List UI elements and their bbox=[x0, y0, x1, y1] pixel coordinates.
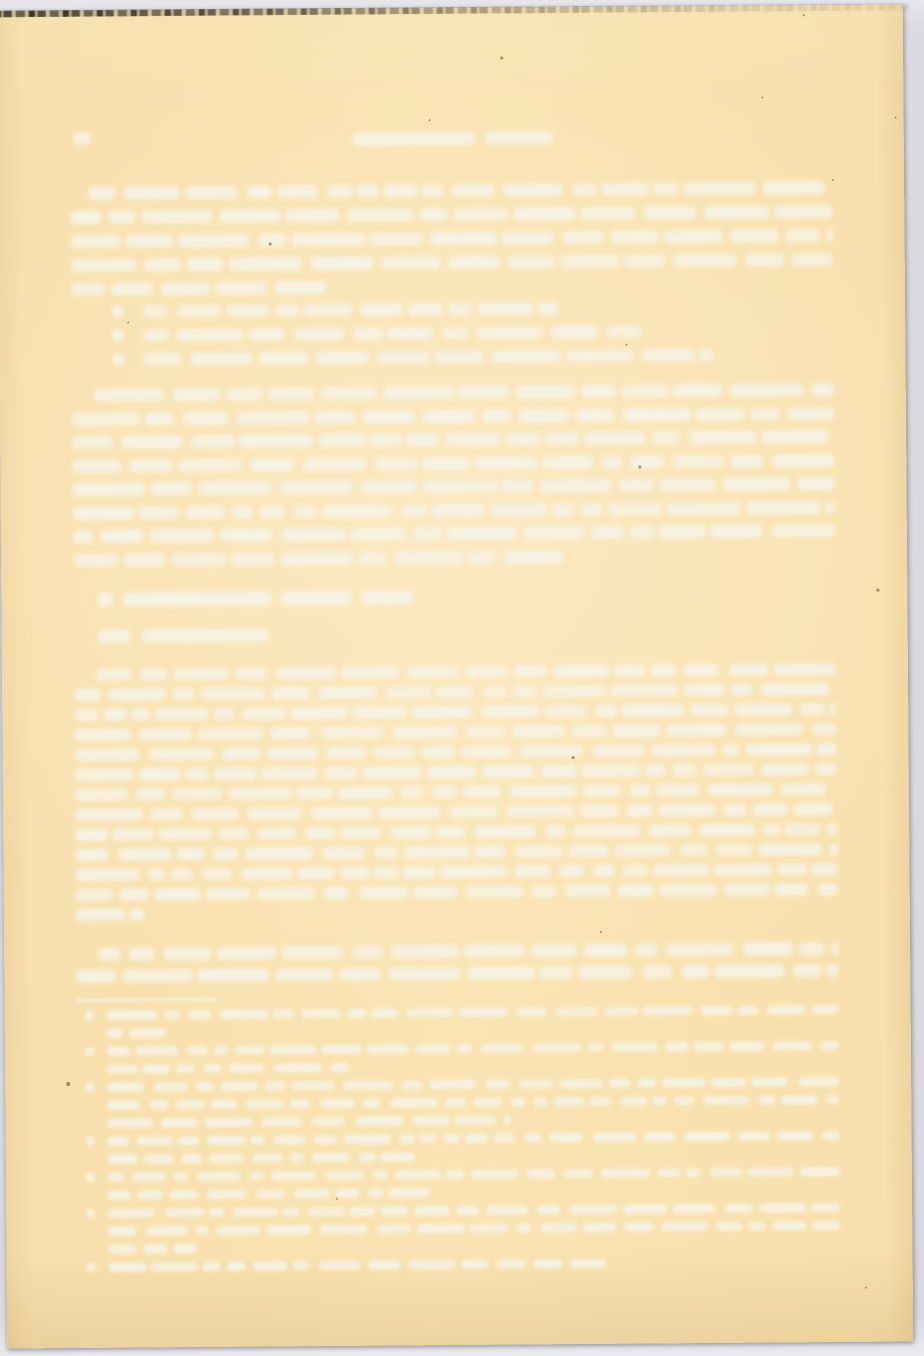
scanner-bed bbox=[0, 0, 924, 1356]
dust-speck bbox=[269, 242, 272, 245]
noise-specks-layer bbox=[0, 4, 913, 1348]
dust-speck bbox=[895, 117, 897, 119]
dust-speck bbox=[572, 756, 575, 759]
dust-speck bbox=[625, 344, 627, 346]
dust-speck bbox=[876, 589, 879, 592]
page bbox=[0, 4, 913, 1348]
dust-speck bbox=[336, 1198, 338, 1200]
dust-speck bbox=[638, 466, 641, 469]
dust-speck bbox=[803, 14, 805, 16]
dust-speck bbox=[865, 1287, 867, 1289]
dust-speck bbox=[127, 322, 129, 324]
dust-speck bbox=[832, 179, 834, 181]
dust-speck bbox=[500, 57, 503, 60]
dust-speck bbox=[66, 1082, 70, 1086]
dust-speck bbox=[429, 119, 431, 121]
dust-speck bbox=[761, 97, 763, 99]
dust-speck bbox=[600, 931, 602, 933]
